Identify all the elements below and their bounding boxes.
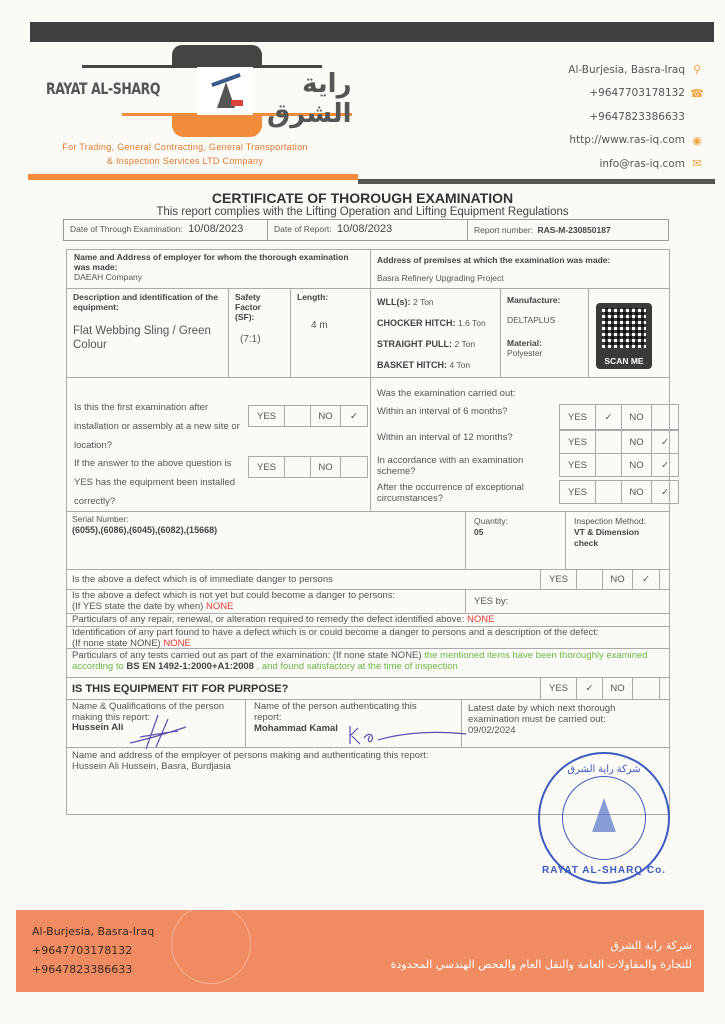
- interval-question: After the occurrence of exceptional circ…: [377, 482, 557, 504]
- phone-icon: ☎: [691, 87, 703, 99]
- question-installed-correctly: If the answer to the above question is Y…: [74, 454, 249, 511]
- inspection-method-label: Inspection Method:: [574, 516, 662, 527]
- identification-value: NONE: [163, 638, 190, 649]
- serial-value: (6055),(6086),(6045),(6082),(15668): [72, 525, 459, 535]
- report-date-label: Date of Report:: [274, 224, 332, 234]
- inspection-method-value: VT & Dimension check: [574, 527, 662, 549]
- no-label: NO: [622, 431, 652, 453]
- globe-icon: ◉: [691, 134, 703, 146]
- next-exam-label: Latest date by which next thorough exami…: [468, 703, 638, 725]
- header-orange-rule: [28, 174, 358, 180]
- authenticator-signature: [348, 724, 468, 746]
- yes-checkbox[interactable]: [596, 431, 622, 453]
- authenticator-label: Name of the person authenticating this r…: [254, 701, 434, 723]
- stamp-text-ar: شركة راية الشرق: [540, 764, 668, 775]
- equipment-desc-label: Description and identification of the eq…: [73, 292, 221, 312]
- yes-label: YES: [541, 569, 577, 589]
- basket-line: BASKET HITCH: 4 Ton: [377, 355, 494, 376]
- report-number-label: Report number:: [474, 225, 533, 235]
- employer-cell: Name and Address of employer for whom th…: [66, 249, 371, 289]
- exam-date-cell: Date of Through Examination: 10/08/2023: [64, 220, 268, 240]
- interval-question: In accordance with an examination scheme…: [377, 455, 557, 477]
- no-checkbox-checked[interactable]: ✓: [633, 569, 659, 589]
- quantity-value: 05: [474, 527, 557, 537]
- wll-cell: WLL(s): 2 Ton CHOCKER HITCH: 1.6 Ton STR…: [371, 289, 501, 377]
- contact-block: Al-Burjesia, Basra-Iraq⚲ +9647703178132☎…: [568, 58, 703, 176]
- safety-factor-cell: Safety Factor (SF): (7:1): [229, 289, 291, 377]
- contact-website[interactable]: http://www.ras-iq.com◉: [568, 129, 703, 153]
- questions-left: Is this the first examination after inst…: [66, 378, 371, 512]
- fit-for-purpose-row: IS THIS EQUIPMENT FIT FOR PURPOSE? YES ✓…: [66, 678, 670, 700]
- oil-pump-icon: [197, 67, 253, 115]
- no-label: NO: [622, 454, 652, 476]
- no-label: NO: [311, 457, 341, 477]
- premises-cell: Address of premises at which the examina…: [371, 249, 670, 289]
- footer-arabic: شركة راية الشرق للتجارة والمقاولات العام…: [391, 936, 692, 974]
- footer-phone[interactable]: +9647703178132: [32, 941, 154, 960]
- repair-label: Particulars of any repair, renewal, or a…: [72, 614, 464, 625]
- yes-label: YES: [560, 431, 596, 453]
- length-cell: Length: 4 m: [291, 289, 371, 377]
- interval-answer: YESNO✓: [559, 430, 679, 454]
- no-checkbox-checked[interactable]: ✓: [652, 481, 678, 503]
- wll-line: WLL(s): 2 Ton: [377, 292, 494, 313]
- yes-label: YES: [560, 481, 596, 503]
- exam-date-label: Date of Through Examination:: [70, 224, 183, 234]
- yes-checkbox[interactable]: [596, 481, 622, 503]
- company-name-en: RAYAT AL-SHARQ: [46, 79, 160, 98]
- contact-phone[interactable]: +9647703178132☎: [568, 82, 703, 106]
- no-label: NO: [603, 569, 633, 589]
- yes-checkbox[interactable]: [577, 569, 603, 589]
- choker-line: CHOCKER HITCH: 1.6 Ton: [377, 313, 494, 334]
- interval-heading: Was the examination carried out:: [377, 388, 516, 399]
- premises-value: Basra Refinery Upgrading Project: [377, 273, 664, 284]
- no-checkbox-checked[interactable]: ✓: [652, 431, 678, 453]
- contact-address: Al-Burjesia, Basra-Iraq⚲: [568, 58, 703, 82]
- contact-text[interactable]: +9647823386633: [589, 111, 685, 123]
- footer-tagline-ar: للتجارة والمقاولات العامة والنقل العام و…: [391, 955, 692, 974]
- no-label: NO: [603, 677, 633, 699]
- stamp-text-en: RAYAT AL-SHARQ Co.: [540, 865, 668, 876]
- footer-address: Al-Burjesia, Basra-Iraq: [32, 922, 154, 941]
- gear-top-icon: [172, 45, 262, 67]
- yes-by-label: YES by:: [474, 596, 508, 607]
- certificate-title: CERTIFICATE OF THOROUGH EXAMINATION: [0, 190, 725, 206]
- report-number-value: RAS-M-230850187: [537, 225, 610, 235]
- yes-checkbox[interactable]: [285, 457, 311, 477]
- fit-for-purpose-answer: YES ✓ NO: [540, 677, 660, 699]
- questions-right: Was the examination carried out: Within …: [371, 378, 670, 512]
- yes-checkbox-checked[interactable]: ✓: [577, 677, 603, 699]
- company-stamp: شركة راية الشرق RAYAT AL-SHARQ Co.: [538, 752, 670, 884]
- equipment-row: Description and identification of the eq…: [66, 289, 670, 378]
- future-danger-question: Is the above a defect which is not yet b…: [72, 590, 459, 601]
- no-label: NO: [622, 481, 652, 503]
- interval-question: Within an interval of 6 months?: [377, 406, 557, 417]
- contact-text: Al-Burjesia, Basra-Iraq: [568, 64, 685, 76]
- no-checkbox[interactable]: [341, 457, 367, 477]
- contact-phone-2[interactable]: +9647823386633: [568, 105, 703, 129]
- location-pin-icon: ⚲: [691, 64, 703, 76]
- qr-code[interactable]: SCAN ME: [596, 303, 652, 369]
- repair-row: Particulars of any repair, renewal, or a…: [66, 614, 670, 627]
- envelope-icon: ✉: [691, 158, 703, 170]
- company-logo: RAYAT AL-SHARQ راية الشرق: [42, 45, 342, 145]
- interval-answer: YESNO✓: [559, 480, 679, 504]
- identification-label: Identification of any part found to have…: [72, 627, 664, 638]
- company-name-ar: راية الشرق: [267, 69, 352, 129]
- qr-code-icon: [602, 308, 646, 348]
- contact-text[interactable]: info@ras-iq.com: [599, 158, 685, 170]
- future-danger-cell: Is the above a defect which is not yet b…: [66, 590, 466, 613]
- footer-phone[interactable]: +9647823386633: [32, 960, 154, 979]
- embossed-seal-icon: [171, 904, 251, 984]
- quantity-cell: Quantity: 05: [466, 512, 566, 569]
- tests-result: , and found satisfactory at the time of …: [257, 661, 458, 672]
- length-label: Length:: [297, 292, 364, 302]
- material-value: Polyester: [507, 348, 582, 359]
- interval-question: Within an interval of 12 months?: [377, 432, 557, 443]
- certificate-subtitle: This report complies with the Lifting Op…: [0, 206, 725, 218]
- tests-standard: BS EN 1492-1:2000+A1:2008: [126, 661, 254, 672]
- yes-label: YES: [560, 405, 596, 429]
- footer-contact: Al-Burjesia, Basra-Iraq +9647703178132 +…: [32, 922, 154, 979]
- manufacture-label: Manufacture:: [507, 295, 582, 305]
- tests-row: Particulars of any tests carried out as …: [66, 649, 670, 678]
- yes-checkbox[interactable]: [596, 454, 622, 476]
- qr-scan-label: SCAN ME: [596, 356, 652, 366]
- tagline-line: & Inspection Services LTD Company: [30, 154, 340, 168]
- no-checkbox-checked[interactable]: ✓: [652, 454, 678, 476]
- repair-value: NONE: [467, 614, 494, 625]
- manufacture-value: DELTAPLUS: [507, 315, 582, 326]
- answer-first-exam: YES NO ✓: [248, 405, 368, 427]
- report-date-cell: Date of Report: 10/08/2023: [268, 220, 468, 240]
- quantity-label: Quantity:: [474, 516, 557, 527]
- footer-company-ar: شركة راية الشرق: [391, 936, 692, 955]
- stamp-derrick-icon: [592, 798, 616, 832]
- footer-band: Al-Burjesia, Basra-Iraq +9647703178132 +…: [16, 910, 704, 992]
- no-label: NO: [622, 405, 652, 429]
- yes-checkbox[interactable]: [285, 406, 311, 426]
- contact-text[interactable]: +9647703178132: [589, 87, 685, 99]
- premises-label: Address of premises at which the examina…: [377, 255, 664, 265]
- yes-label: YES: [249, 457, 285, 477]
- report-number-cell: Report number: RAS-M-230850187: [468, 220, 668, 240]
- interval-answer: YESNO✓: [559, 453, 679, 477]
- manufacture-cell: Manufacture: DELTAPLUS Material: Polyest…: [501, 289, 589, 377]
- interval-answer: YES✓NO: [559, 404, 679, 430]
- maker-signature: [128, 713, 188, 751]
- safety-factor-label: Safety Factor (SF):: [235, 292, 275, 322]
- material-label: Material:: [507, 338, 582, 348]
- company-tagline: For Trading, General Contracting, Genera…: [30, 140, 340, 168]
- next-exam-cell: Latest date by which next thorough exami…: [462, 700, 670, 747]
- length-value: 4 m: [297, 320, 364, 331]
- header-grey-rule: [358, 179, 715, 184]
- identification-row: Identification of any part found to have…: [66, 627, 670, 649]
- immediate-defect-answer: YES NO ✓: [540, 569, 660, 589]
- equipment-desc-value: Flat Webbing Sling / Green Colour: [73, 324, 221, 352]
- yes-label: YES: [249, 406, 285, 426]
- answer-installed-correctly: YES NO: [248, 456, 368, 478]
- future-danger-hint: (If YES state the date by when): [72, 601, 203, 612]
- no-label: NO: [311, 406, 341, 426]
- no-checkbox-checked[interactable]: ✓: [341, 406, 367, 426]
- yes-label: YES: [541, 677, 577, 699]
- inspection-method-cell: Inspection Method: VT & Dimension check: [566, 512, 670, 569]
- yes-label: YES: [560, 454, 596, 476]
- tagline-line: For Trading, General Contracting, Genera…: [30, 140, 340, 154]
- no-checkbox[interactable]: [652, 405, 678, 429]
- future-danger-row: Is the above a defect which is not yet b…: [66, 590, 670, 614]
- equipment-desc-cell: Description and identification of the eq…: [66, 289, 229, 377]
- serial-label: Serial Number:: [72, 514, 459, 525]
- serial-row: Serial Number: (6055),(6086),(6045),(608…: [66, 512, 670, 570]
- gear-bottom-icon: [172, 115, 262, 137]
- employer-value: DAEAH Company: [74, 272, 362, 283]
- fit-for-purpose-question: IS THIS EQUIPMENT FIT FOR PURPOSE?: [72, 683, 288, 695]
- no-checkbox[interactable]: [633, 677, 659, 699]
- yes-checkbox-checked[interactable]: ✓: [596, 405, 622, 429]
- future-danger-value: NONE: [206, 601, 233, 612]
- date-bar: Date of Through Examination: 10/08/2023 …: [63, 219, 669, 241]
- header-dark-bar: [30, 22, 714, 42]
- identification-hint: (If none state NONE): [72, 638, 161, 649]
- serial-cell: Serial Number: (6055),(6086),(6045),(608…: [66, 512, 466, 569]
- straight-line: STRAIGHT PULL: 2 Ton: [377, 334, 494, 355]
- immediate-defect-question: Is the above a defect which is of immedi…: [72, 574, 333, 585]
- immediate-defect-row: Is the above a defect which is of immedi…: [66, 570, 670, 590]
- next-exam-value: 09/02/2024: [468, 725, 664, 736]
- question-first-exam: Is this the first examination after inst…: [74, 398, 249, 455]
- safety-factor-value: (7:1): [235, 334, 284, 345]
- exam-date-value: 10/08/2023: [188, 223, 243, 235]
- contact-email[interactable]: info@ras-iq.com✉: [568, 152, 703, 176]
- contact-text[interactable]: http://www.ras-iq.com: [569, 134, 685, 146]
- employer-label: Name and Address of employer for whom th…: [74, 252, 362, 272]
- tests-label: Particulars of any tests carried out as …: [72, 650, 422, 661]
- report-date-value: 10/08/2023: [337, 223, 392, 235]
